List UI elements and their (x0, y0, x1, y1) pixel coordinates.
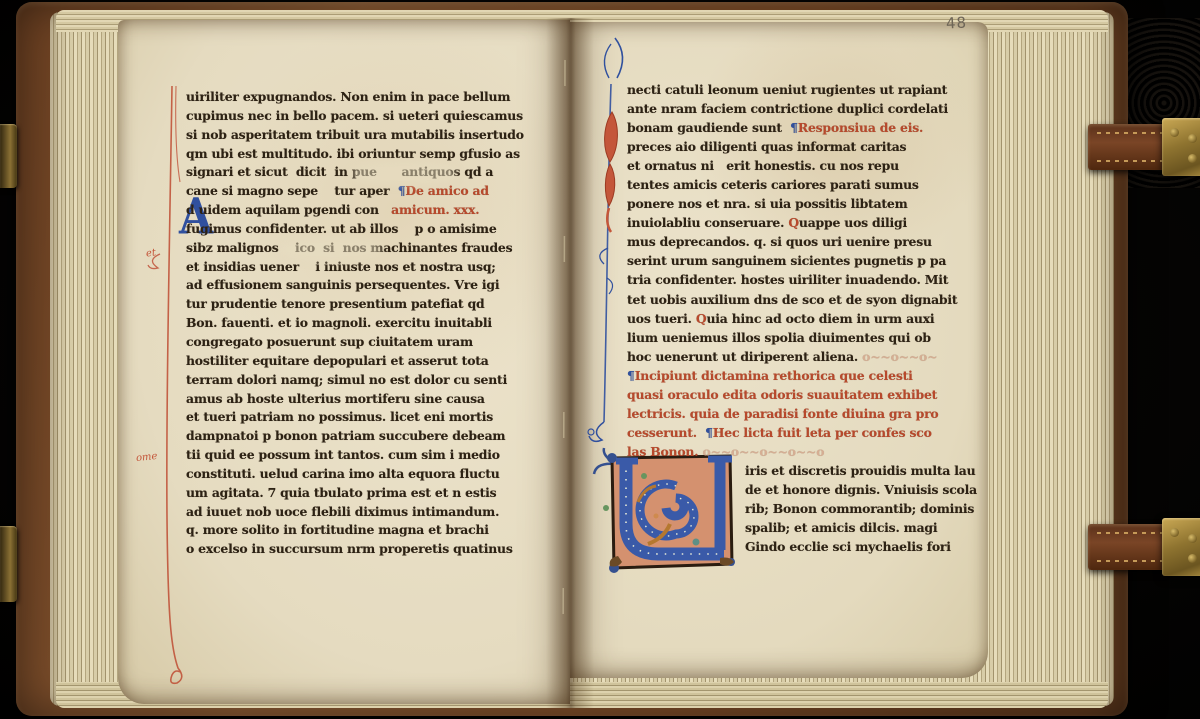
manuscript-text-line: o excelso in succursum nrm properetis qu… (186, 540, 538, 559)
marginal-note: ome (135, 451, 157, 464)
manuscript-text-line: Bon. fauenti. et io magnoli. exercitu in… (186, 314, 538, 333)
body-text: q. more solito in fortitudine magna et b… (186, 522, 489, 537)
manuscript-text-line: inuiolabliu conseruare. Quappe uos dilig… (627, 213, 965, 232)
manuscript-text-line: fugimus confidenter. ut ab illos p o ami… (186, 220, 538, 239)
marginal-note: et (145, 247, 156, 259)
manuscript-text-line: um agitata. 7 quia tbulato prima est et … (186, 484, 538, 503)
body-text: ad iuuet nob uoce flebili diximus intima… (186, 504, 499, 519)
rubric-text: amicum. xxx. (391, 202, 479, 217)
clasp-catch-bottom-left (0, 526, 17, 602)
manuscript-text-line: signari et sicut dicit in pue antiquos q… (186, 163, 538, 182)
manuscript-text-line: et ornatus ni erit honestis. cu nos repu (627, 156, 965, 175)
manuscript-text-line: iris et discretis prouidis multa lau (745, 461, 965, 480)
manuscript-text-line: serint urum sanguinem sicientes pugnetis… (627, 251, 965, 270)
manuscript-text-line: congregato posuerunt sup ciuitatem uram (186, 333, 538, 352)
body-text: terram dolori namq; simul no est dolor c… (186, 372, 507, 387)
body-text: cane si magno sepe tur aper (186, 183, 398, 198)
manuscript-text-line: Gindo ecclie sci mychaelis fori (745, 537, 965, 556)
body-text: et tueri patriam no possimus. licet eni … (186, 409, 493, 424)
body-text: dampnatoi p bonon patriam succubere debe… (186, 428, 505, 443)
body-text: amus ab hoste ulterius mortiferu sine ca… (186, 391, 485, 406)
body-text: ante nram faciem contrictione duplici co… (627, 101, 948, 116)
manuscript-text-line: q. more solito in fortitudine magna et b… (186, 521, 538, 540)
manuscript-text-line: bonam gaudiende sunt ¶Responsiua de eis. (627, 118, 965, 137)
body-text: Gindo ecclie sci mychaelis fori (745, 539, 951, 554)
body-text: tur prudentie tenore presentium patefiat… (186, 296, 485, 311)
manuscript-text-line: preces aio diligenti quas informat carit… (627, 137, 965, 156)
body-text: Bon. fauenti. et io magnoli. exercitu in… (186, 315, 492, 330)
body-text: lium ueniemus illos spolia diuimentes qu… (627, 330, 931, 345)
clasp-catch-top-left (0, 124, 17, 188)
body-text: spalib; et amicis dilcis. magi (745, 520, 937, 535)
rivet (1188, 534, 1197, 543)
body-text: uia hinc ad octo diem in urm auxi (706, 311, 934, 326)
body-text: si nob asperitatem tribuit ura mutabilis… (186, 127, 524, 142)
strap-leather (1088, 124, 1166, 170)
manuscript-text-line: et tueri patriam no possimus. licet eni … (186, 408, 538, 427)
body-text: hoc uenerunt ut diriperent aliena. (627, 349, 862, 364)
body-text: et ornatus ni erit honestis. cu nos repu (627, 158, 899, 173)
body-text: rib; Bonon commorantib; dominis (745, 501, 974, 516)
manuscript-text-line: tria confidenter. hostes uiriliter inuad… (627, 270, 965, 289)
body-text: uos tueri. (627, 311, 696, 326)
manuscript-text-line: tii quid ee possum int tantos. cum sim i… (186, 446, 538, 465)
left-page-text: uiriliter expugnandos. Non enim in pace … (186, 88, 538, 559)
rubric-text: Incipiunt dictamina rethorica que celest… (635, 368, 913, 383)
rubric-text: De amico ad (405, 183, 488, 198)
manuscript-text-line: tur prudentie tenore presentium patefiat… (186, 295, 538, 314)
manuscript-text-line: cane si magno sepe tur aper ¶De amico ad (186, 182, 538, 201)
body-text: d uidem aquilam pgendi con (186, 202, 391, 217)
gutter-sewing-thread (556, 60, 574, 660)
body-text: mus deprecandos. q. si quos uri uenire p… (627, 234, 932, 249)
manuscript-text-line: hoc uenerunt ut diriperent aliena. o~~o~… (627, 347, 965, 366)
body-text: o excelso in succursum nrm properetis qu… (186, 541, 513, 556)
manuscript-text-line: rib; Bonon commorantib; dominis (745, 499, 965, 518)
rivet (1188, 154, 1197, 163)
manuscript-text-line: ante nram faciem contrictione duplici co… (627, 99, 965, 118)
rivet (1188, 554, 1197, 563)
manuscript-text-line: qm ubi est multitudo. ibi oriuntur semp … (186, 145, 538, 164)
body-text: um agitata. 7 quia tbulato prima est et … (186, 485, 496, 500)
manuscript-text-line: uiriliter expugnandos. Non enim in pace … (186, 88, 538, 107)
body-text: tria confidenter. hostes uiriliter inuad… (627, 272, 948, 287)
manuscript-text-line: uos tueri. Quia hinc ad octo diem in urm… (627, 309, 965, 328)
manuscript-text-line: tentes amicis ceteris cariores parati su… (627, 175, 965, 194)
body-text: de et honore dignis. Vniuisis scola (745, 482, 977, 497)
body-text: iris et discretis prouidis multa lau (745, 463, 975, 478)
manuscript-text-line: sibz malignos ico si nos machinantes fra… (186, 239, 538, 258)
body-text: serint urum sanguinem sicientes pugnetis… (627, 253, 946, 268)
body-text: tet uobis auxilium dns de sco et de syon… (627, 292, 957, 307)
manuscript-text-line: dampnatoi p bonon patriam succubere debe… (186, 427, 538, 446)
manuscript-text-line: cupimus nec in bello pacem. si ueteri qu… (186, 107, 538, 126)
manuscript-text-line: ¶Incipiunt dictamina rethorica que celes… (627, 366, 965, 385)
manuscript-text-line: necti catuli leonum ueniut rugientes ut … (627, 80, 965, 99)
rubric-text: cesserunt. (627, 425, 705, 440)
body-text: congregato posuerunt sup ciuitatem uram (186, 334, 473, 349)
folio-number: 48 (946, 13, 968, 32)
rubric-text: Responsiua de eis. (798, 120, 923, 135)
rubric-text: Q (696, 311, 707, 326)
body-text: sibz malignos ico si nos machinantes fra… (186, 240, 512, 255)
manuscript-text-line: terram dolori namq; simul no est dolor c… (186, 371, 538, 390)
rubric-text: quasi oraculo edita odoris suauitatem ex… (627, 387, 937, 402)
manuscript-text-line: ponere nos et nra. si uia possitis libta… (627, 194, 965, 213)
manuscript-text-line: spalib; et amicis dilcis. magi (745, 518, 965, 537)
body-text: constituti. uelud carina imo alta equora… (186, 466, 500, 481)
body-text: o~~o~~o~~o~~o (702, 444, 824, 459)
clasp-strap-top-right (1088, 112, 1200, 182)
body-text: uiriliter expugnandos. Non enim in pace … (186, 89, 510, 104)
body-text: o~~o~~o~ (862, 349, 937, 364)
rubric-text: las Bonon. (627, 444, 702, 459)
body-text: qm ubi est multitudo. ibi oriuntur semp … (186, 146, 520, 161)
rubric-text: lectricis. quia de paradisi fonte diuina… (627, 406, 939, 421)
body-text: ponere nos et nra. si uia possitis libta… (627, 196, 908, 211)
clasp-strap-bottom-right (1088, 512, 1200, 582)
body-text: hostiliter equitare depopulari et asseru… (186, 353, 489, 368)
rubric-text: Hec licta fuit leta per confes sco (713, 425, 932, 440)
body-text: inuiolabliu conseruare. (627, 215, 788, 230)
body-text: ad effusionem sanguinis persequentes. Vr… (186, 277, 499, 292)
body-text: preces aio diligenti quas informat carit… (627, 139, 906, 154)
manuscript-text-line: hostiliter equitare depopulari et asseru… (186, 352, 538, 371)
manuscript-text-line: lectricis. quia de paradisi fonte diuina… (627, 404, 965, 423)
right-page-text: necti catuli leonum ueniut rugientes ut … (627, 80, 965, 556)
penwork-mark: ¶ (705, 425, 713, 440)
manuscript-text-line: tet uobis auxilium dns de sco et de syon… (627, 290, 965, 309)
body-text: cupimus nec in bello pacem. si ueteri qu… (186, 108, 523, 123)
penwork-mark: ¶ (790, 120, 798, 135)
body-text: bonam gaudiende sunt (627, 120, 790, 135)
body-text: necti catuli leonum ueniut rugientes ut … (627, 82, 947, 97)
body-text: uappe uos diligi (799, 215, 907, 230)
rivet (1188, 134, 1197, 143)
strap-brass-fitting (1162, 118, 1200, 176)
manuscript-text-line: cesserunt. ¶Hec licta fuit leta per conf… (627, 423, 965, 442)
body-text: et insidias uener i iniuste nos et nostr… (186, 259, 496, 274)
manuscript-text-line: et insidias uener i iniuste nos et nostr… (186, 258, 538, 277)
manuscript-text-line: ad iuuet nob uoce flebili diximus intima… (186, 503, 538, 522)
body-text: tii quid ee possum int tantos. cum sim i… (186, 447, 500, 462)
rubric-text: Q (788, 215, 799, 230)
manuscript-text-line: las Bonon. o~~o~~o~~o~~o (627, 442, 965, 461)
body-text: tentes amicis ceteris cariores parati su… (627, 177, 919, 192)
body-text: fugimus confidenter. ut ab illos p o ami… (186, 221, 497, 236)
manuscript-text-line: lium ueniemus illos spolia diuimentes qu… (627, 328, 965, 347)
photo-background: A et ome uiriliter expugnandos. Non enim… (0, 0, 1200, 719)
strap-brass-fitting (1162, 518, 1200, 576)
rivet (1170, 128, 1179, 137)
manuscript-text-line: quasi oraculo edita odoris suauitatem ex… (627, 385, 965, 404)
penwork-mark: ¶ (627, 368, 635, 383)
body-text: signari et sicut dicit in pue antiquos q… (186, 164, 493, 179)
manuscript-text-line: si nob asperitatem tribuit ura mutabilis… (186, 126, 538, 145)
manuscript-text-line: constituti. uelud carina imo alta equora… (186, 465, 538, 484)
strap-leather (1088, 524, 1166, 570)
rivet (1170, 528, 1179, 537)
manuscript-text-line: d uidem aquilam pgendi con amicum. xxx. (186, 201, 538, 220)
manuscript-text-line: de et honore dignis. Vniuisis scola (745, 480, 965, 499)
manuscript-text-line: amus ab hoste ulterius mortiferu sine ca… (186, 390, 538, 409)
manuscript-text-line: mus deprecandos. q. si quos uri uenire p… (627, 232, 965, 251)
manuscript-text-line: ad effusionem sanguinis persequentes. Vr… (186, 276, 538, 295)
